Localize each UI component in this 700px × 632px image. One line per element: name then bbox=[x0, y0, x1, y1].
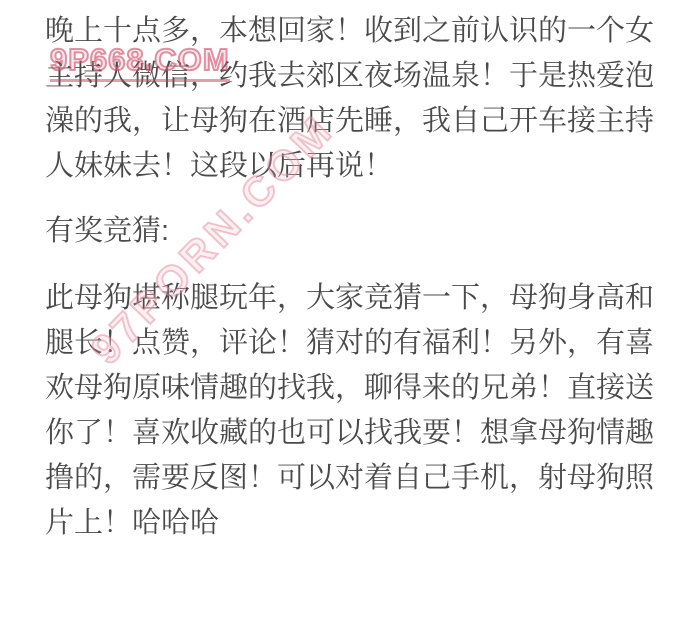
text-line: 晚上十点多，本想回家！收到之前认识的一个女 bbox=[45, 9, 660, 54]
text-line: 有奖竞猜: bbox=[45, 209, 660, 254]
text-line: 欢母狗原味情趣的找我，聊得来的兄弟！直接送 bbox=[45, 366, 660, 411]
text-line: 此母狗堪称腿玩年，大家竞猜一下，母狗身高和 bbox=[45, 276, 660, 321]
text-line: 你了！喜欢收藏的也可以找我要！想拿母狗情趣 bbox=[45, 411, 660, 456]
text-line: 片上！哈哈哈 bbox=[45, 501, 660, 546]
post-text: 晚上十点多，本想回家！收到之前认识的一个女 主持人微信，约我去郊区夜场温泉！于是… bbox=[45, 9, 660, 546]
post-page: 晚上十点多，本想回家！收到之前认识的一个女 主持人微信，约我去郊区夜场温泉！于是… bbox=[0, 0, 700, 632]
post-paragraph-quiz: 此母狗堪称腿玩年，大家竞猜一下，母狗身高和 腿长！点赞，评论！猜对的有福利！另外… bbox=[45, 276, 660, 546]
post-paragraph-intro: 晚上十点多，本想回家！收到之前认识的一个女 主持人微信，约我去郊区夜场温泉！于是… bbox=[45, 9, 660, 189]
text-line: 撸的，需要反图！可以对着自己手机，射母狗照 bbox=[45, 456, 660, 501]
post-paragraph-heading: 有奖竞猜: bbox=[45, 209, 660, 254]
text-line: 腿长！点赞，评论！猜对的有福利！另外，有喜 bbox=[45, 321, 660, 366]
text-line: 人妹妹去！这段以后再说！ bbox=[45, 144, 660, 189]
text-line: 主持人微信，约我去郊区夜场温泉！于是热爱泡 bbox=[45, 54, 660, 99]
text-line: 澡的我，让母狗在酒店先睡，我自己开车接主持 bbox=[45, 99, 660, 144]
